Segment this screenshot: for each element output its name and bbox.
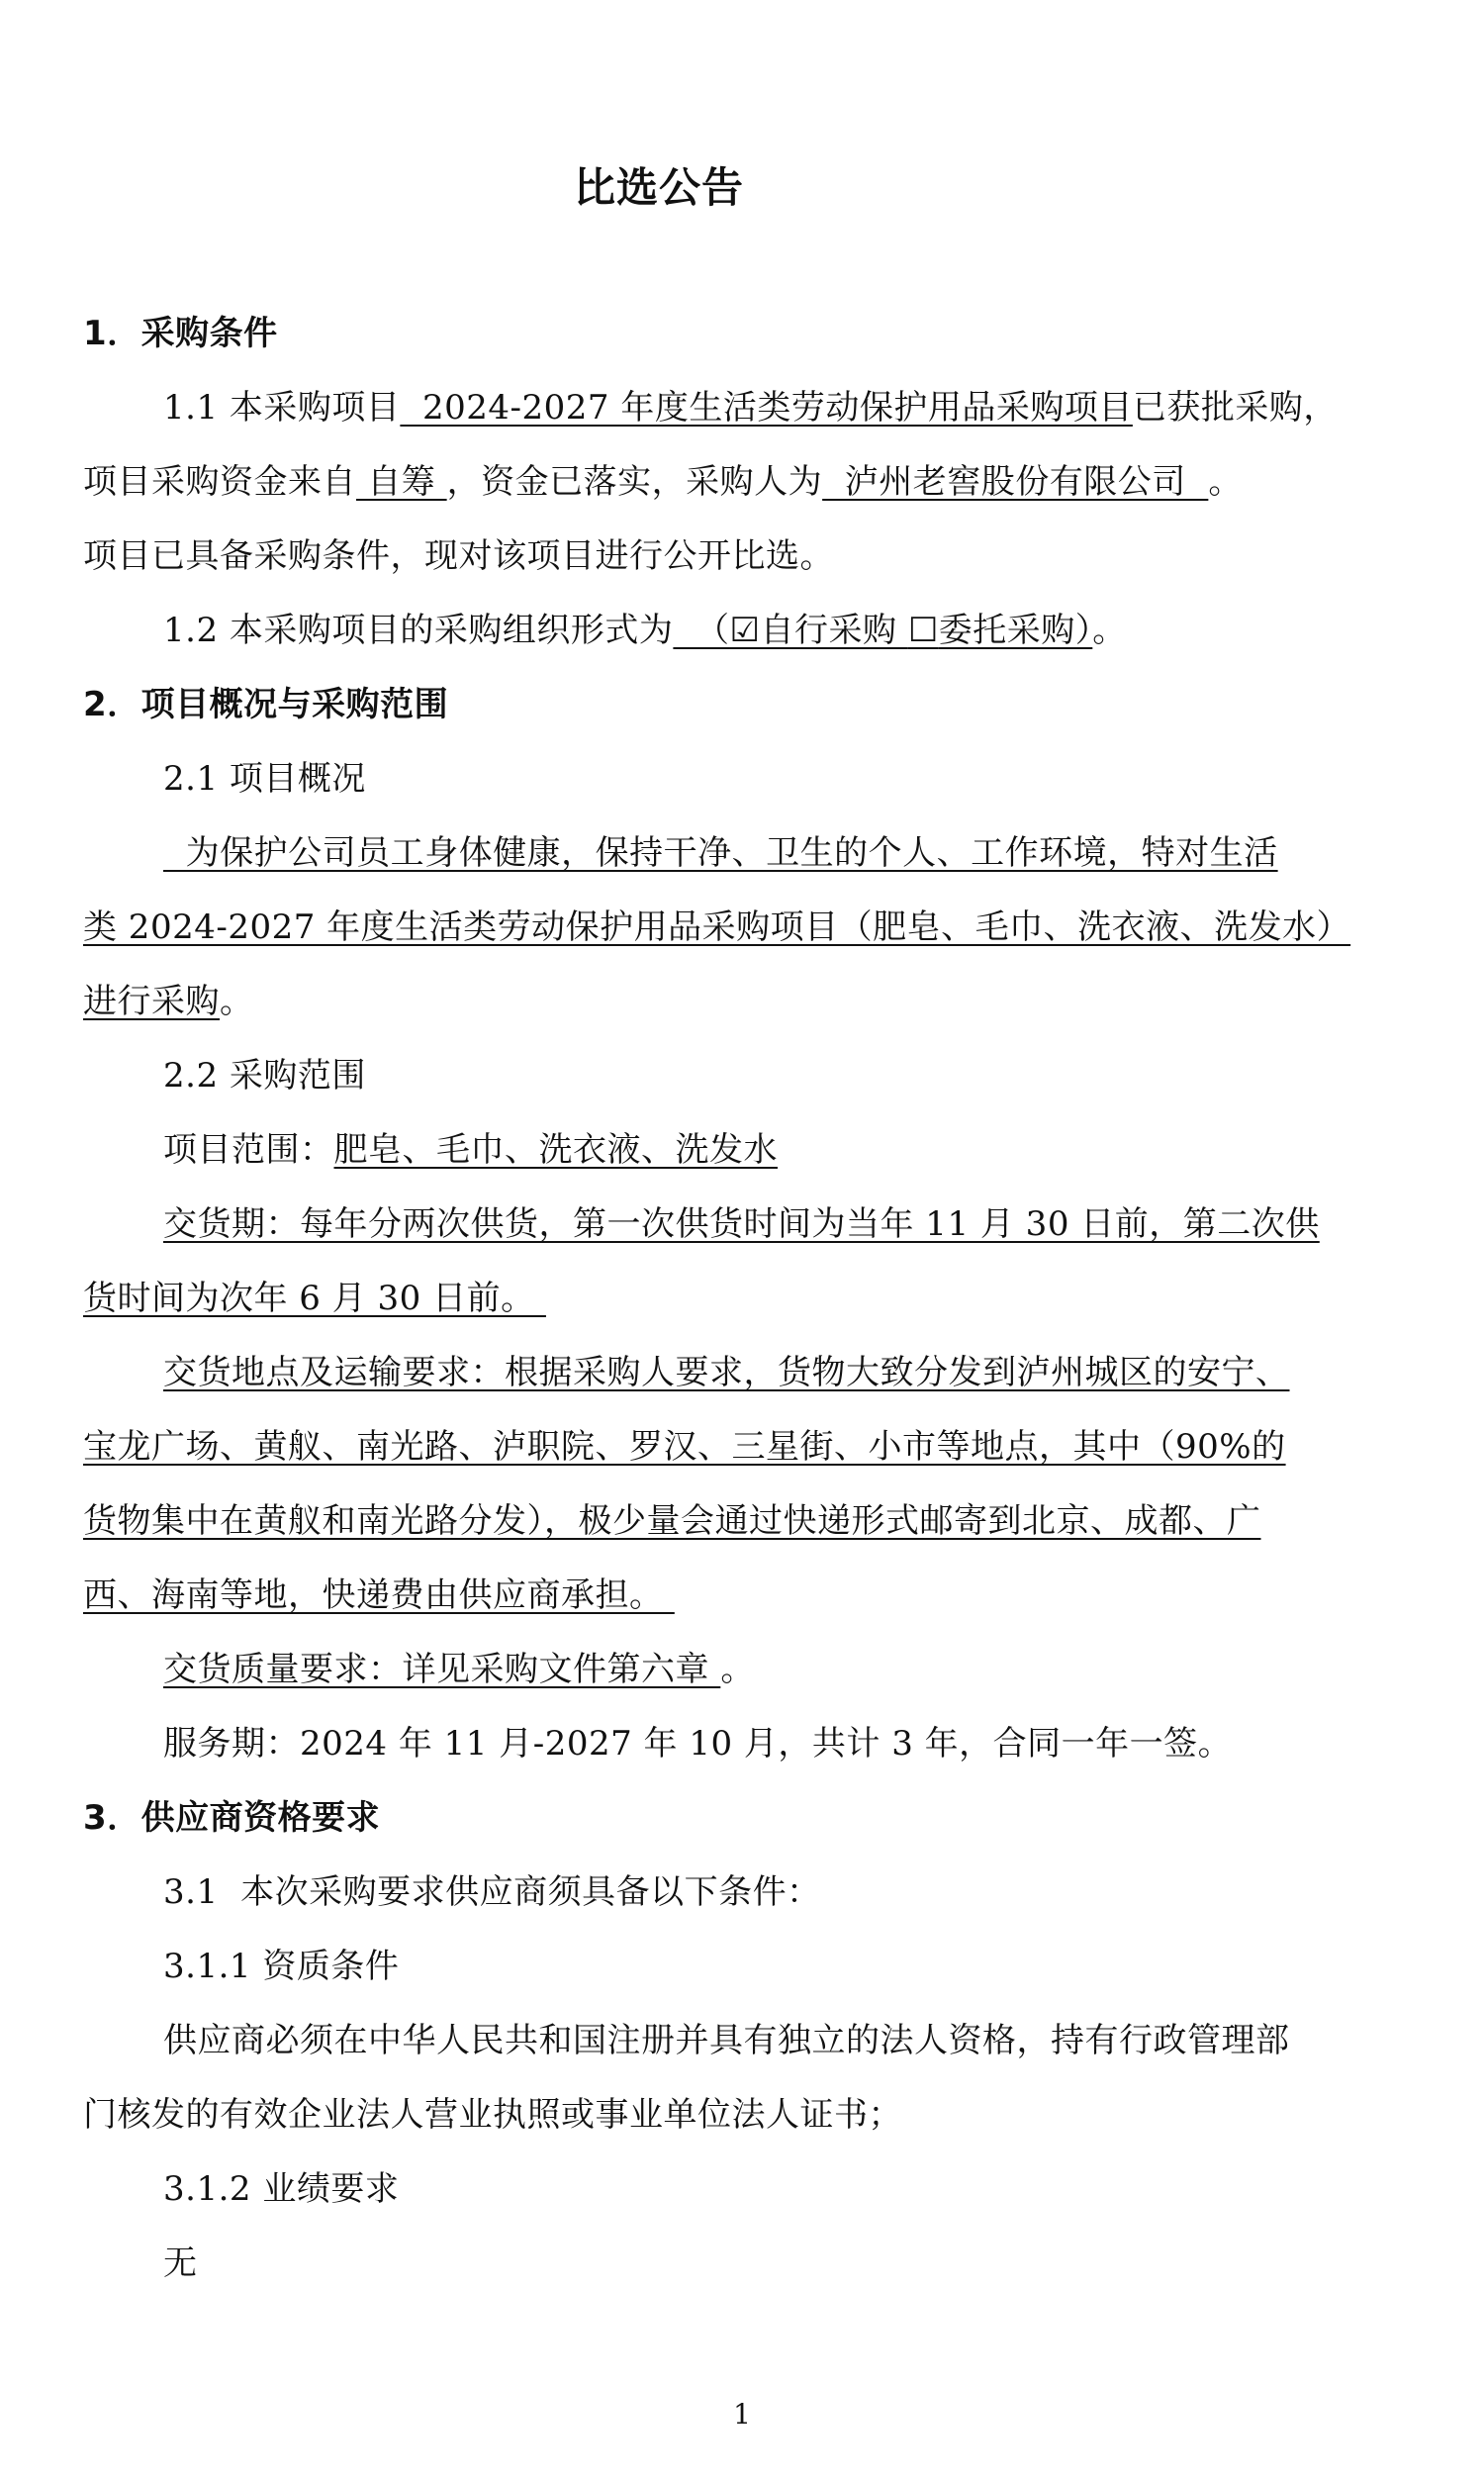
text: 货时间为次年 6 月 30 日前。 <box>83 1279 546 1318</box>
delivery-location-line-2: 宝龙广场、黄舣、南光路、泸职院、罗汉、三星街、小市等地点，其中（90%的 <box>83 1422 1401 1472</box>
text: 交货期：每年分两次供货，第一次供货时间为当年 11 月 30 日前，第二次供 <box>163 1204 1320 1244</box>
service-period-line: 服务期：2024 年 11 月-2027 年 10 月，共计 3 年，合同一年一… <box>83 1719 1481 1768</box>
page-title: 比选公告 <box>0 158 1318 218</box>
text: ，资金已落实，采购人为 <box>447 462 823 502</box>
section-2-heading: 2．项目概况与采购范围 <box>83 680 1401 729</box>
paragraph-1-1-line-1: 1.1 本采购项目 2024-2027 年度生活类劳动保护用品采购项目已获批采购… <box>83 383 1481 432</box>
text: 1.1 本采购项目 <box>163 388 400 428</box>
checked-checkbox-icon: ☑ <box>730 611 761 650</box>
subsection-2-1-heading: 2.1 项目概况 <box>83 754 1481 804</box>
quality-requirement-line: 交货质量要求：详见采购文件第六章 。 <box>83 1645 1481 1694</box>
overview-line-1: 为保护公司员工身体健康，保持干净、卫生的个人、工作环境，特对生活 <box>83 828 1481 878</box>
scope-line: 项目范围：肥皂、毛巾、洗衣液、洗发水 <box>83 1125 1481 1175</box>
text: 西、海南等地，快递费由供应商承担。 <box>83 1575 675 1615</box>
overview-line-3: 进行采购。 <box>83 977 1401 1026</box>
delivery-location-line-3: 货物集中在黄舣和南光路分发），极少量会通过快递形式邮寄到北京、成都、广 <box>83 1496 1401 1546</box>
text: 项目采购资金来自 <box>83 462 356 502</box>
option-self-procurement: 自行采购 <box>761 611 908 650</box>
text: 已获批采购， <box>1133 388 1338 428</box>
text: 。 <box>1092 611 1127 650</box>
fund-source-field: 自筹 <box>356 462 447 502</box>
text: 货物集中在黄舣和南光路分发），极少量会通过快递形式邮寄到北京、成都、广 <box>83 1501 1261 1541</box>
procurement-form-field: （☑自行采购 ☐委托采购） <box>673 611 1092 650</box>
text: 。 <box>220 982 254 1021</box>
text: 进行采购 <box>83 982 220 1021</box>
paragraph-1-2: 1.2 本采购项目的采购组织形式为 （☑自行采购 ☐委托采购）。 <box>83 606 1481 655</box>
subsection-3-1-1-heading: 3.1.1 资质条件 <box>83 1942 1481 1991</box>
text: 。 <box>720 1650 755 1689</box>
delivery-location-line-4: 西、海南等地，快递费由供应商承担。 <box>83 1571 1401 1620</box>
qualification-line-1: 供应商必须在中华人民共和国注册并具有独立的法人资格，持有行政管理部 <box>83 2016 1481 2065</box>
delivery-period-line-2: 货时间为次年 6 月 30 日前。 <box>83 1274 1401 1323</box>
delivery-location-line-1: 交货地点及运输要求：根据采购人要求，货物大致分发到泸州城区的安宁、 <box>83 1348 1481 1397</box>
page-number: 1 <box>0 2395 1484 2434</box>
paragraph-1-1-line-3: 项目已具备采购条件，现对该项目进行公开比选。 <box>83 531 1401 581</box>
delivery-period-line-1: 交货期：每年分两次供货，第一次供货时间为当年 11 月 30 日前，第二次供 <box>83 1199 1481 1249</box>
paragraph-1-1-line-2: 项目采购资金来自 自筹 ，资金已落实，采购人为 泸州老窖股份有限公司 。 <box>83 457 1401 507</box>
subsection-2-2-heading: 2.2 采购范围 <box>83 1051 1481 1100</box>
text: 。 <box>1208 462 1243 502</box>
text: 交货质量要求：详见采购文件第六章 <box>163 1650 720 1689</box>
subsection-3-1-heading: 3.1 本次采购要求供应商须具备以下条件： <box>83 1867 1481 1917</box>
performance-requirement-value: 无 <box>83 2239 1481 2288</box>
section-1-heading: 1．采购条件 <box>83 309 1401 358</box>
text: 类 2024-2027 年度生活类劳动保护用品采购项目（肥皂、毛巾、洗衣液、洗发… <box>83 907 1350 947</box>
text: 宝龙广场、黄舣、南光路、泸职院、罗汉、三星街、小市等地点，其中（90%的 <box>83 1427 1286 1467</box>
section-3-heading: 3．供应商资格要求 <box>83 1793 1401 1843</box>
text: （ <box>673 611 729 650</box>
option-entrusted-procurement: 委托采购） <box>939 611 1093 650</box>
scope-value: 肥皂、毛巾、洗衣液、洗发水 <box>334 1130 779 1170</box>
text: 为保护公司员工身体健康，保持干净、卫生的个人、工作环境，特对生活 <box>163 833 1278 873</box>
project-name-field: 2024-2027 年度生活类劳动保护用品采购项目 <box>400 388 1132 428</box>
qualification-line-2: 门核发的有效企业法人营业执照或事业单位法人证书； <box>83 2090 1401 2140</box>
overview-line-2: 类 2024-2027 年度生活类劳动保护用品采购项目（肥皂、毛巾、洗衣液、洗发… <box>83 903 1401 952</box>
text: 1.2 本采购项目的采购组织形式为 <box>163 611 673 650</box>
subsection-3-1-2-heading: 3.1.2 业绩要求 <box>83 2164 1481 2214</box>
text: 交货地点及运输要求：根据采购人要求，货物大致分发到泸州城区的安宁、 <box>163 1353 1290 1392</box>
unchecked-checkbox-icon: ☐ <box>908 611 939 650</box>
purchaser-field: 泸州老窖股份有限公司 <box>822 462 1208 502</box>
text: 项目范围： <box>163 1130 334 1170</box>
